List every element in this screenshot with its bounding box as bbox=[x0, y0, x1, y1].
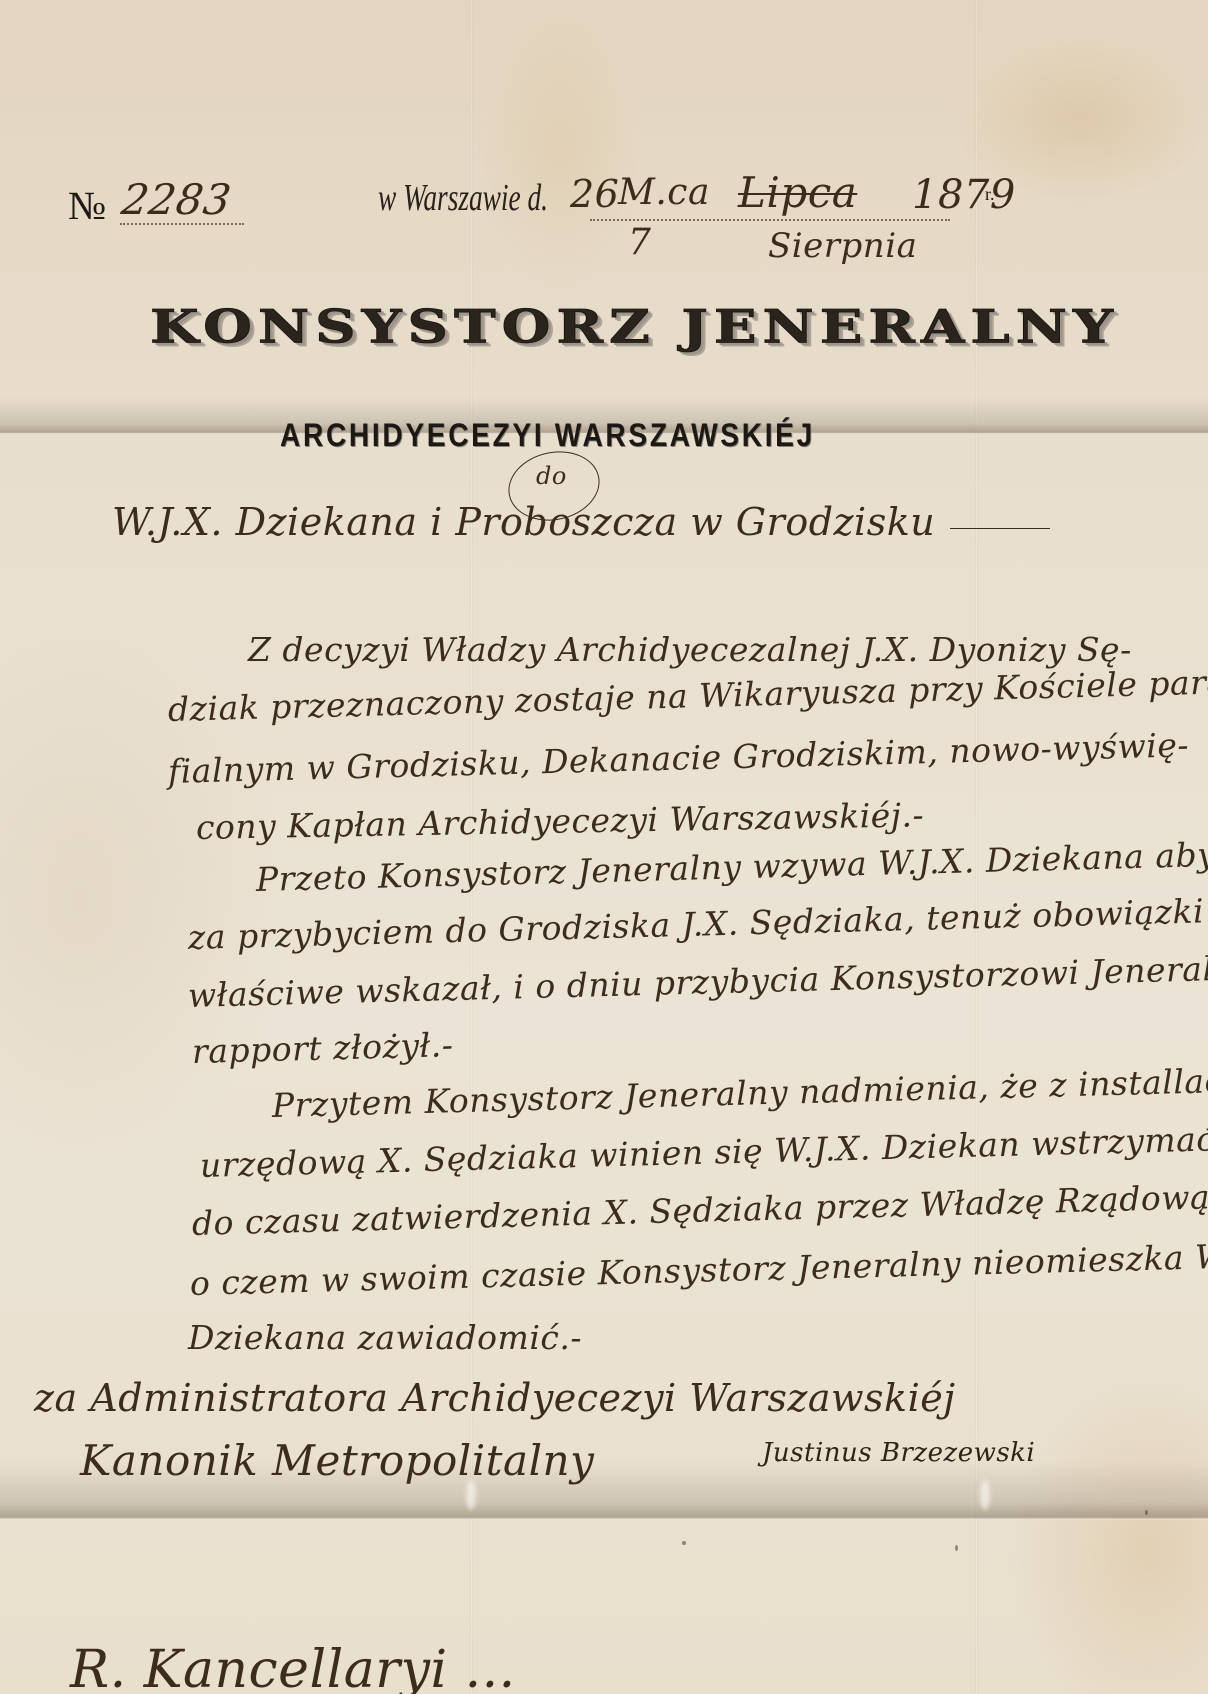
closing-line-canon: Kanonik Metropolitalny bbox=[80, 1436, 594, 1485]
year: 1879 bbox=[912, 172, 1016, 218]
month-struck-through: Lipca bbox=[738, 168, 857, 217]
closing-line-administrator: za Administratora Archidyecezyi Warszaws… bbox=[34, 1376, 956, 1420]
ink-speck bbox=[955, 1545, 958, 1551]
addressee-line: W.J.X. Dziekana i Proboszcza w Grodzisku bbox=[112, 500, 935, 544]
body-line: Z decyzyi Władzy Archidyecezalnej J.X. D… bbox=[248, 630, 1132, 669]
day-original: 26 bbox=[570, 172, 619, 216]
day-suffix: M.ca bbox=[618, 172, 710, 213]
addressee-preposition: do bbox=[536, 462, 567, 490]
document-number: 2283 bbox=[119, 175, 235, 224]
ink-speck bbox=[682, 1541, 686, 1545]
body-line: rapport złożył.- bbox=[191, 1025, 453, 1071]
address-dash bbox=[950, 528, 1050, 529]
year-suffix: r. bbox=[985, 184, 995, 205]
month-correction: Sierpnia bbox=[768, 226, 917, 266]
number-label: № bbox=[68, 182, 106, 229]
signature: Justinus Brzezewski bbox=[762, 1438, 1035, 1468]
dotted-rule bbox=[590, 219, 950, 221]
day-correction: 7 bbox=[628, 222, 651, 263]
place-date-prefix: w Warszawie d. bbox=[378, 176, 548, 220]
crease-highlight bbox=[980, 1480, 990, 1510]
letterhead-title: KONSYSTORZ JENERALNY bbox=[150, 300, 1119, 354]
ink-speck bbox=[1145, 1510, 1148, 1515]
letterhead-subtitle: ARCHIDYECEZYI WARSZAWSKIÉJ bbox=[280, 417, 815, 454]
reverse-fold-text: R. Kancellaryi ... bbox=[70, 1640, 516, 1694]
dotted-rule bbox=[120, 223, 244, 225]
body-line: Dziekana zawiadomić.- bbox=[188, 1318, 582, 1357]
